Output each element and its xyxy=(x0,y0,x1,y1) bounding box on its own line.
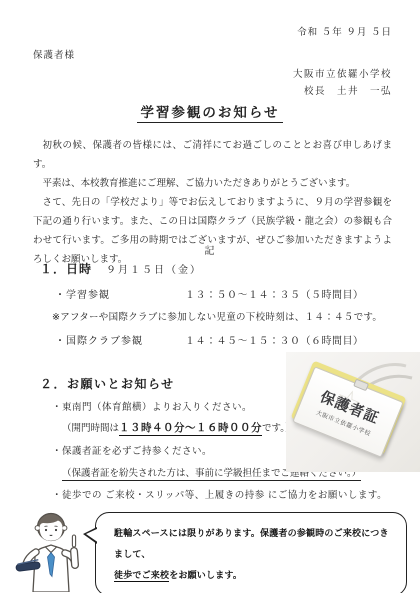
event-date: ９月１５日（金） xyxy=(106,265,202,276)
section1-heading: １．日時９月１５日（金） xyxy=(40,260,202,277)
notice-document: 令和 ５年 ９月 ５日 保護者様 大阪市立依羅小学校 校長 土井 一弘 学習参観… xyxy=(0,0,420,593)
schedule-label: ・国際クラブ参観 xyxy=(55,332,185,347)
parent-id-badge-photo: ☆ 保護者証 大阪市立依羅小学校 xyxy=(286,352,420,472)
walk-emphasis: 徒歩でご来校 xyxy=(114,570,169,582)
callout-line2: 徒歩でご来校をお願いします。 xyxy=(114,565,392,586)
person-illustration xyxy=(12,504,92,592)
schedule-time: １３：５０～１４：３５（５時間目） xyxy=(185,286,364,301)
dismissal-note: ※アフターや国際クラブに参加しない児童の下校時刻は、１４：４５です。 xyxy=(52,309,382,323)
section2-heading: ２．お願いとお知らせ xyxy=(40,375,175,392)
schedule-row-club: ・国際クラブ参観 １４：４５～１５：３０（６時間目） xyxy=(55,332,395,347)
request-walk-slippers: ・徒歩での ご来校・スリッパ等、上履きの持参 にご協力をお願いします。 xyxy=(52,487,387,501)
recipient: 保護者様 xyxy=(33,47,75,61)
pointing-man-icon xyxy=(12,504,92,592)
gate-hours-note: （開門時間は１３時４０分～１６時００分です。） xyxy=(62,420,295,435)
schedule-time: １４：４５～１５：３０（６時間目） xyxy=(185,332,364,347)
schedule-row-lesson: ・学習参観 １３：５０～１４：３５（５時間目） xyxy=(55,286,395,301)
request-id-badge: ・保護者証を必ずご持参ください。 xyxy=(52,443,212,457)
schedule-label: ・学習参観 xyxy=(55,286,185,301)
school-name: 大阪市立依羅小学校 xyxy=(293,66,392,80)
ki-marker: 記 xyxy=(0,242,420,257)
callout-line1: 駐輪スペースには限りがあります。保護者の参観時のご来校につきまして、 xyxy=(114,523,392,565)
request-entrance: ・東南門（体育館横）よりお入りください。 xyxy=(52,399,252,413)
speech-bubble: 駐輪スペースには限りがあります。保護者の参観時のご来校につきまして、 徒歩でご来… xyxy=(95,512,407,593)
paragraph: さて、先日の「学校だより」等でお伝えしておりますように、９月の学習参観を下記の通… xyxy=(33,193,392,269)
issue-date: 令和 ５年 ９月 ５日 xyxy=(297,24,392,38)
paragraph: 初秋の候、保護者の皆様には、ご清祥にてお過ごしのこととお喜び申しあげます。 xyxy=(33,136,392,174)
page-title: 学習参観のお知らせ xyxy=(0,101,420,121)
section1-number: １．日時 xyxy=(40,262,92,276)
principal-name: 校長 土井 一弘 xyxy=(304,83,392,97)
paragraph: 平素は、本校教育推進にご理解、ご協力いただきありがとうございます。 xyxy=(33,174,392,193)
gate-hours: １３時４０分～１６時００分 xyxy=(119,422,262,436)
